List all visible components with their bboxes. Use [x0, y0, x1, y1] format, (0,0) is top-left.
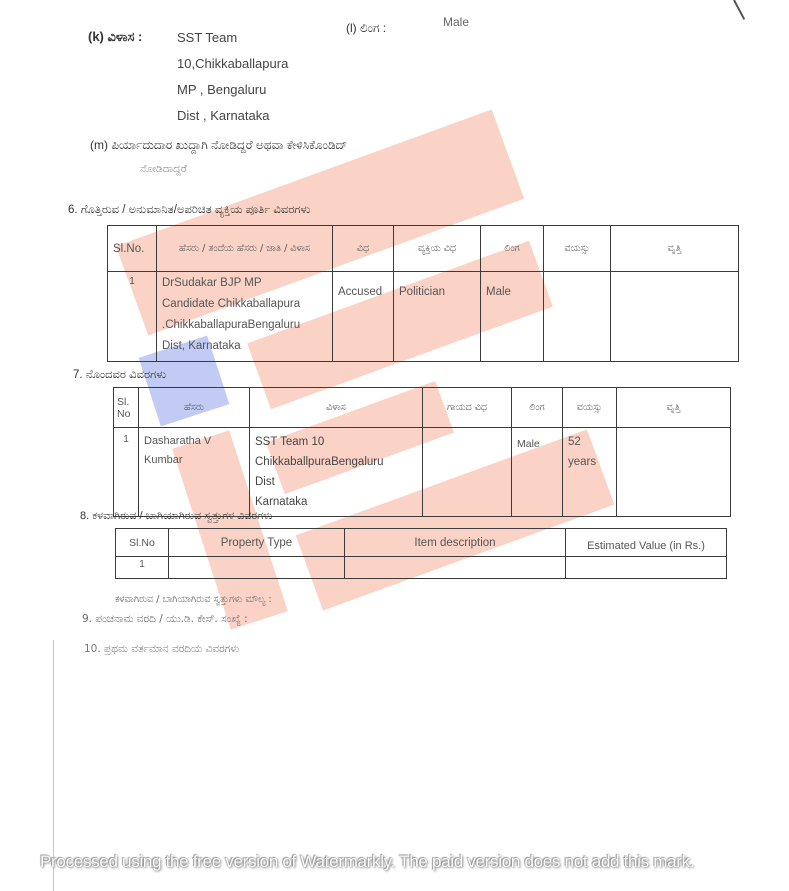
age-line: 52	[568, 432, 611, 452]
col-header: Property Type	[169, 529, 345, 557]
table-header-row: Sl. No ಹೆಸರು ವಿಳಾಸ ಗಾಯದ ವಿಧ ಲಿಂಗ ವಯಸ್ಸು …	[114, 388, 731, 428]
section6-title: 6. ಗೊತ್ತಿರುವ / ಅನುಮಾನಿತ/ಅಪರಿಚಿತ ವ್ಯಕ್ತಿಯ…	[68, 204, 310, 217]
address-line: Dist	[255, 472, 417, 492]
name-line: Dist, Karnataka	[162, 336, 327, 357]
address-line: SST Team 10	[255, 432, 417, 452]
table-row: 1 Dasharatha V Kumbar SST Team 10 Chikka…	[114, 428, 731, 517]
address-block: SST Team 10,Chikkaballapura MP , Bengalu…	[177, 25, 288, 129]
address-line: ChikkaballpuraBengaluru	[255, 452, 417, 472]
item-m-label: (m) ಪಿರ್ಯಾದುದಾರ ಖುದ್ದಾಗಿ ನೋಡಿದ್ದರೆ ಅಥವಾ …	[90, 138, 347, 153]
col-header: ವೃತ್ತಿ	[611, 226, 739, 272]
cell-estimated-value	[566, 557, 727, 579]
cell-age: 52 years	[563, 428, 617, 517]
name-line: DrSudakar BJP MP	[162, 273, 327, 294]
col-header: ಹೆಸರು	[139, 388, 250, 428]
stolen-value-label: ಕಳವಾಗಿರುವ / ಬಾಗಿಯಾಗಿರುವ ಸ್ವತ್ತುಗಳು ಮೌಲ್ಯ…	[115, 594, 272, 605]
address-line: Karnataka	[255, 492, 417, 512]
table-header-row: Sl.No. ಹೆಸರು / ತಂದೆಯ ಹೆಸರು / ಜಾತಿ / ವಿಳಾ…	[108, 226, 739, 272]
gender-value: Male	[443, 15, 469, 29]
name-line: Candidate Chikkaballapura	[162, 294, 327, 315]
col-header: ಲಿಂಗ	[512, 388, 563, 428]
cell-occupation	[617, 428, 731, 517]
col-header: Item description	[345, 529, 566, 557]
col-header: Sl.No	[116, 529, 169, 557]
watermark-text: Processed using the free version of Wate…	[40, 852, 760, 872]
cell-gender: Male	[481, 272, 544, 362]
cell-item-description	[345, 557, 566, 579]
col-header: ವ್ಯಕ್ತಿಯ ವಿಧ	[394, 226, 481, 272]
col-header: ಗಾಯದ ವಿಧ	[423, 388, 512, 428]
cell-sl: 1	[114, 428, 139, 517]
cell-occupation	[611, 272, 739, 362]
section8-title: 8. ಕಳವಾಗಿರುವ / ಬಾಗಿಯಾಗಿರುವ ಸ್ವತ್ತುಗಳ ವಿವ…	[80, 510, 273, 523]
scan-edge-mark	[733, 0, 745, 20]
col-header: ಹೆಸರು / ತಂದೆಯ ಹೆಸರು / ಜಾತಿ / ವಿಳಾಸ	[157, 226, 333, 272]
col-header: ವೃತ್ತಿ	[617, 388, 731, 428]
cell-injury	[423, 428, 512, 517]
col-header: Sl.No.	[108, 226, 157, 272]
cell-sl: 1	[116, 557, 169, 579]
table-row: 1 DrSudakar BJP MP Candidate Chikkaballa…	[108, 272, 739, 362]
property-table: Sl.No Property Type Item description Est…	[115, 528, 727, 579]
cell-property-type	[169, 557, 345, 579]
col-header: ವಿಳಾಸ	[250, 388, 423, 428]
accused-table: Sl.No. ಹೆಸರು / ತಂದೆಯ ಹೆಸರು / ಜಾತಿ / ವಿಳಾ…	[107, 225, 739, 362]
cell-sl: 1	[108, 272, 157, 362]
address-line: 10,Chikkaballapura	[177, 51, 288, 77]
col-header: ವಿಧ	[333, 226, 394, 272]
age-line: years	[568, 452, 611, 472]
item9-label: 9. ಪಂಚನಾಮ ವರದಿ / ಯು.ಡಿ. ಕೇಸ್. ಸಂಖ್ಯೆ :	[82, 613, 248, 626]
cell-gender: Male	[512, 428, 563, 517]
table-header-row: Sl.No Property Type Item description Est…	[116, 529, 727, 557]
name-line: Dasharatha V	[144, 432, 244, 451]
address-line: Dist , Karnataka	[177, 103, 288, 129]
address-line: SST Team	[177, 25, 288, 51]
table-row: 1	[116, 557, 727, 579]
item-m-sub: ನೋಡಿದಾದ್ದರೆ	[140, 163, 187, 176]
cell-type: Accused	[333, 272, 394, 362]
name-line: Kumbar	[144, 451, 244, 470]
cell-age	[544, 272, 611, 362]
item10-label: 10. ಪ್ರಥಮ ವರ್ತಮಾನ ವರದಿಯ ವಿವರಗಳು	[84, 643, 239, 656]
cell-address: SST Team 10 ChikkaballpuraBengaluru Dist…	[250, 428, 423, 517]
cell-person-type: Politician	[394, 272, 481, 362]
cell-name: DrSudakar BJP MP Candidate Chikkaballapu…	[157, 272, 333, 362]
address-label: (k) ವಿಳಾಸ :	[88, 29, 142, 45]
cell-name: Dasharatha V Kumbar	[139, 428, 250, 517]
col-header: Estimated Value (in Rs.)	[566, 529, 727, 557]
victim-table: Sl. No ಹೆಸರು ವಿಳಾಸ ಗಾಯದ ವಿಧ ಲಿಂಗ ವಯಸ್ಸು …	[113, 387, 731, 517]
section7-title: 7. ನೊಂದವರ ವಿವರಗಳು	[73, 369, 166, 382]
col-header: Sl. No	[114, 388, 139, 428]
name-line: .ChikkaballapuraBengaluru	[162, 315, 327, 336]
address-line: MP , Bengaluru	[177, 77, 288, 103]
col-header: ವಯಸ್ಸು	[563, 388, 617, 428]
gender-label: (l) ಲಿಂಗ :	[346, 21, 386, 36]
col-header: ಲಿಂಗ	[481, 226, 544, 272]
col-header: ವಯಸ್ಸು	[544, 226, 611, 272]
